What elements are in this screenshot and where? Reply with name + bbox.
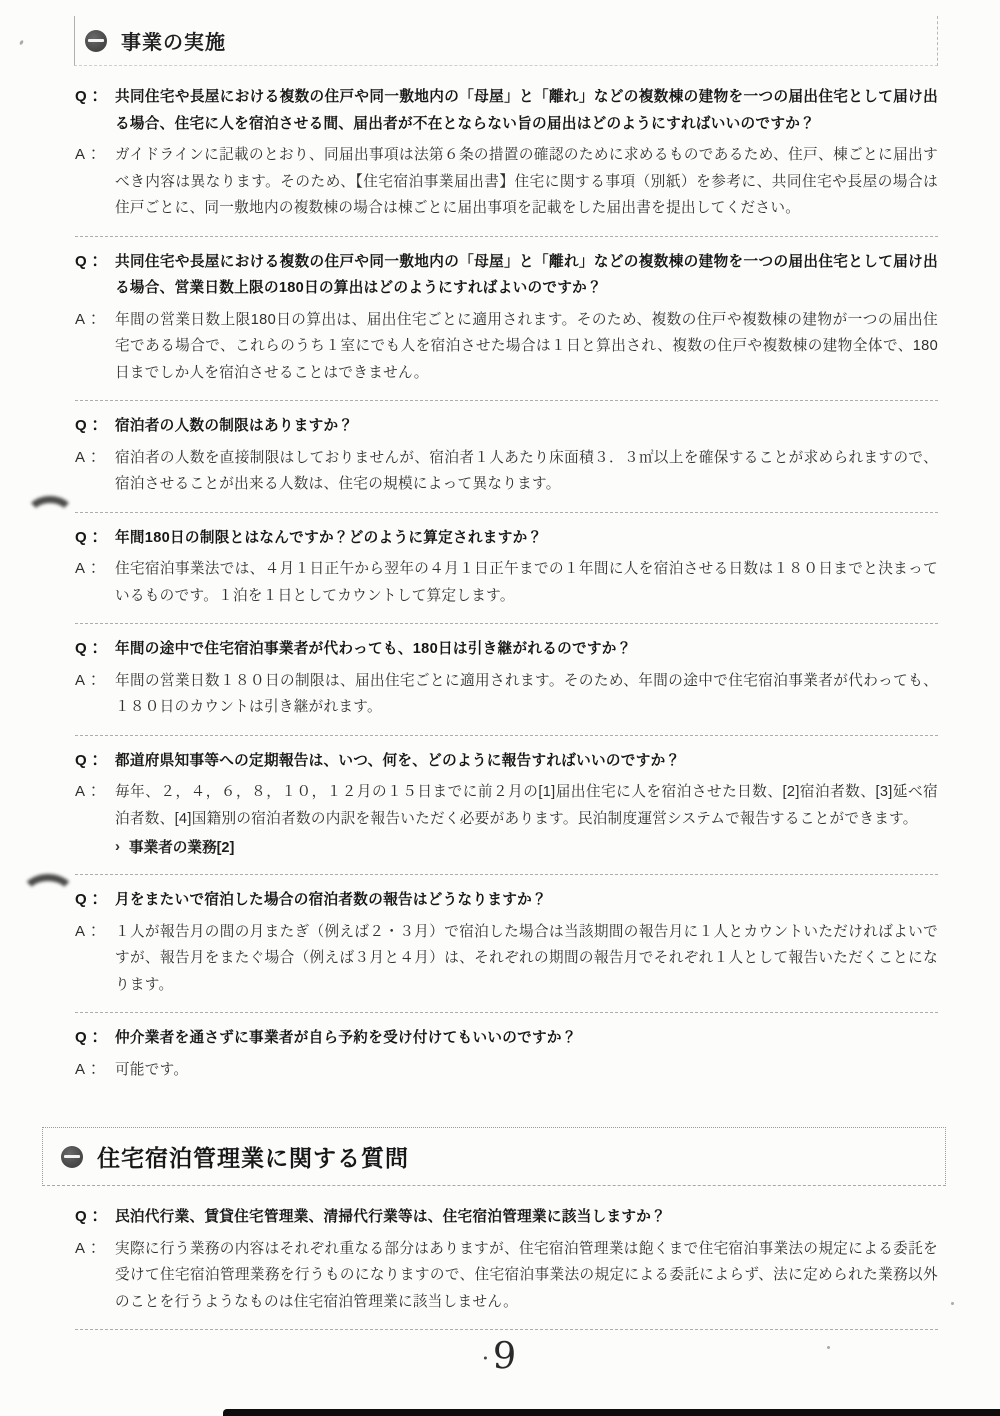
qa-item: Q： 共同住宅や長屋における複数の住戸や同一敷地内の「母屋」と「離れ」などの複数… [75,72,938,237]
qa-item: Q： 月をまたいで宿泊した場合の宿泊者数の報告はどうなりますか？ A： １人が報… [75,875,938,1013]
answer-label: A： [75,556,115,583]
question-text: 仲介業者を通さずに事業者が自ら予約を受け付けてもいいのですか？ [115,1025,938,1052]
question-row: Q： 共同住宅や長屋における複数の住戸や同一敷地内の「母屋」と「離れ」などの複数… [75,249,938,302]
scan-edge-bar [223,1409,1000,1416]
question-row: Q： 仲介業者を通さずに事業者が自ら予約を受け付けてもいいのですか？ [75,1025,938,1052]
answer-text: ガイドラインに記載のとおり、同届出事項は法第６条の措置の確認のために求めるもので… [115,142,938,222]
qa-item: Q： 仲介業者を通さずに事業者が自ら予約を受け付けてもいいのですか？ A： 可能… [75,1013,938,1097]
scanned-faq-page: 事業の実施 Q： 共同住宅や長屋における複数の住戸や同一敷地内の「母屋」と「離れ… [0,0,1000,1416]
answer-text: 住宅宿泊事業法では、４月１日正午から翌年の４月１日正午までの１年間に人を宿泊させ… [115,556,938,609]
scan-artifact-crescent [24,496,76,540]
question-label: Q： [75,748,115,775]
answer-row: A： 宿泊者の人数を直接制限はしておりませんが、宿泊者１人あたり床面積３．３㎡以… [75,445,938,498]
question-label: Q： [75,1204,115,1231]
section-bullet-icon [85,30,107,52]
section-bullet-icon [61,1146,83,1168]
qa-item: Q： 共同住宅や長屋における複数の住戸や同一敷地内の「母屋」と「離れ」などの複数… [75,237,938,402]
answer-text: 年間の営業日数１８０日の制限は、届出住宅ごとに適用されます。そのため、年間の途中… [115,668,938,721]
answer-text: 宿泊者の人数を直接制限はしておりませんが、宿泊者１人あたり床面積３．３㎡以上を確… [115,445,938,498]
question-label: Q： [75,887,115,914]
question-text: 月をまたいで宿泊した場合の宿泊者数の報告はどうなりますか？ [115,887,938,914]
answer-row: A： 可能です。 [75,1057,938,1084]
question-label: Q： [75,525,115,552]
answer-label: A： [75,779,115,806]
section-header-management-business: 住宅宿泊管理業に関する質問 [42,1127,946,1186]
chevron-right-icon: › [115,835,120,859]
related-link-text: 事業者の業務[2] [129,836,234,860]
scan-artifact-speck [827,1346,830,1349]
answer-row: A： 実際に行う業務の内容はそれぞれ重なる部分はありますが、住宅宿泊管理業は飽く… [75,1236,938,1316]
answer-row: A： 毎年、２，４，６，８，１０，１２月の１５日までに前２月の[1]届出住宅に人… [75,779,938,832]
answer-row: A： 住宅宿泊事業法では、４月１日正午から翌年の４月１日正午までの１年間に人を宿… [75,556,938,609]
answer-text: 毎年、２，４，６，８，１０，１２月の１５日までに前２月の[1]届出住宅に人を宿泊… [115,779,938,832]
question-row: Q： 年間180日の制限とはなんですか？どのように算定されますか？ [75,525,938,552]
question-text: 宿泊者の人数の制限はありますか？ [115,413,938,440]
qa-list-section-1: Q： 共同住宅や長屋における複数の住戸や同一敷地内の「母屋」と「離れ」などの複数… [75,72,938,1097]
question-label: Q： [75,636,115,663]
question-text: 共同住宅や長屋における複数の住戸や同一敷地内の「母屋」と「離れ」などの複数棟の建… [115,249,938,302]
question-label: Q： [75,413,115,440]
question-row: Q： 都道府県知事等への定期報告は、いつ、何を、どのように報告すればいいのですか… [75,748,938,775]
qa-item: Q： 宿泊者の人数の制限はありますか？ A： 宿泊者の人数を直接制限はしておりま… [75,401,938,513]
question-text: 民泊代行業、賃貸住宅管理業、清掃代行業等は、住宅宿泊管理業に該当しますか？ [115,1204,938,1231]
qa-item: Q： 都道府県知事等への定期報告は、いつ、何を、どのように報告すればいいのですか… [75,736,938,876]
question-label: Q： [75,249,115,276]
question-text: 共同住宅や長屋における複数の住戸や同一敷地内の「母屋」と「離れ」などの複数棟の建… [115,84,938,137]
scan-artifact-speck [951,1302,954,1305]
qa-item: Q： 民泊代行業、賃貸住宅管理業、清掃代行業等は、住宅宿泊管理業に該当しますか？… [75,1192,938,1330]
question-row: Q： 年間の途中で住宅宿泊事業者が代わっても、180日は引き継がれるのですか？ [75,636,938,663]
question-row: Q： 共同住宅や長屋における複数の住戸や同一敷地内の「母屋」と「離れ」などの複数… [75,84,938,137]
answer-text: １人が報告月の間の月またぎ（例えば２・３月）で宿泊した場合は当該期間の報告月に１… [115,919,938,999]
answer-label: A： [75,307,115,334]
section-title: 住宅宿泊管理業に関する質問 [97,1140,409,1173]
question-label: Q： [75,1025,115,1052]
section-header-business-operation: 事業の実施 [74,16,938,66]
answer-text: 可能です。 [115,1057,938,1084]
answer-label: A： [75,1236,115,1263]
question-text: 都道府県知事等への定期報告は、いつ、何を、どのように報告すればいいのですか？ [115,748,938,775]
qa-item: Q： 年間180日の制限とはなんですか？どのように算定されますか？ A： 住宅宿… [75,513,938,625]
answer-row: A： 年間の営業日数上限180日の算出は、届出住宅ごとに適用されます。そのため、… [75,307,938,387]
qa-list-section-2: Q： 民泊代行業、賃貸住宅管理業、清掃代行業等は、住宅宿泊管理業に該当しますか？… [75,1192,938,1330]
related-link-row[interactable]: › 事業者の業務[2] [115,836,938,860]
answer-label: A： [75,445,115,472]
answer-text: 実際に行う業務の内容はそれぞれ重なる部分はありますが、住宅宿泊管理業は飽くまで住… [115,1236,938,1316]
qa-item: Q： 年間の途中で住宅宿泊事業者が代わっても、180日は引き継がれるのですか？ … [75,624,938,736]
section-title: 事業の実施 [121,26,226,55]
answer-label: A： [75,142,115,169]
scan-artifact-crescent [19,874,77,922]
question-text: 年間の途中で住宅宿泊事業者が代わっても、180日は引き継がれるのですか？ [115,636,938,663]
question-text: 年間180日の制限とはなんですか？どのように算定されますか？ [115,525,938,552]
question-label: Q： [75,84,115,111]
question-row: Q： 月をまたいで宿泊した場合の宿泊者数の報告はどうなりますか？ [75,887,938,914]
answer-label: A： [75,919,115,946]
answer-row: A： 年間の営業日数１８０日の制限は、届出住宅ごとに適用されます。そのため、年間… [75,668,938,721]
answer-row: A： ガイドラインに記載のとおり、同届出事項は法第６条の措置の確認のために求める… [75,142,938,222]
question-row: Q： 宿泊者の人数の制限はありますか？ [75,413,938,440]
question-row: Q： 民泊代行業、賃貸住宅管理業、清掃代行業等は、住宅宿泊管理業に該当しますか？ [75,1204,938,1231]
answer-text: 年間の営業日数上限180日の算出は、届出住宅ごとに適用されます。そのため、複数の… [115,307,938,387]
answer-label: A： [75,1057,115,1084]
answer-row: A： １人が報告月の間の月またぎ（例えば２・３月）で宿泊した場合は当該期間の報告… [75,919,938,999]
answer-label: A： [75,668,115,695]
